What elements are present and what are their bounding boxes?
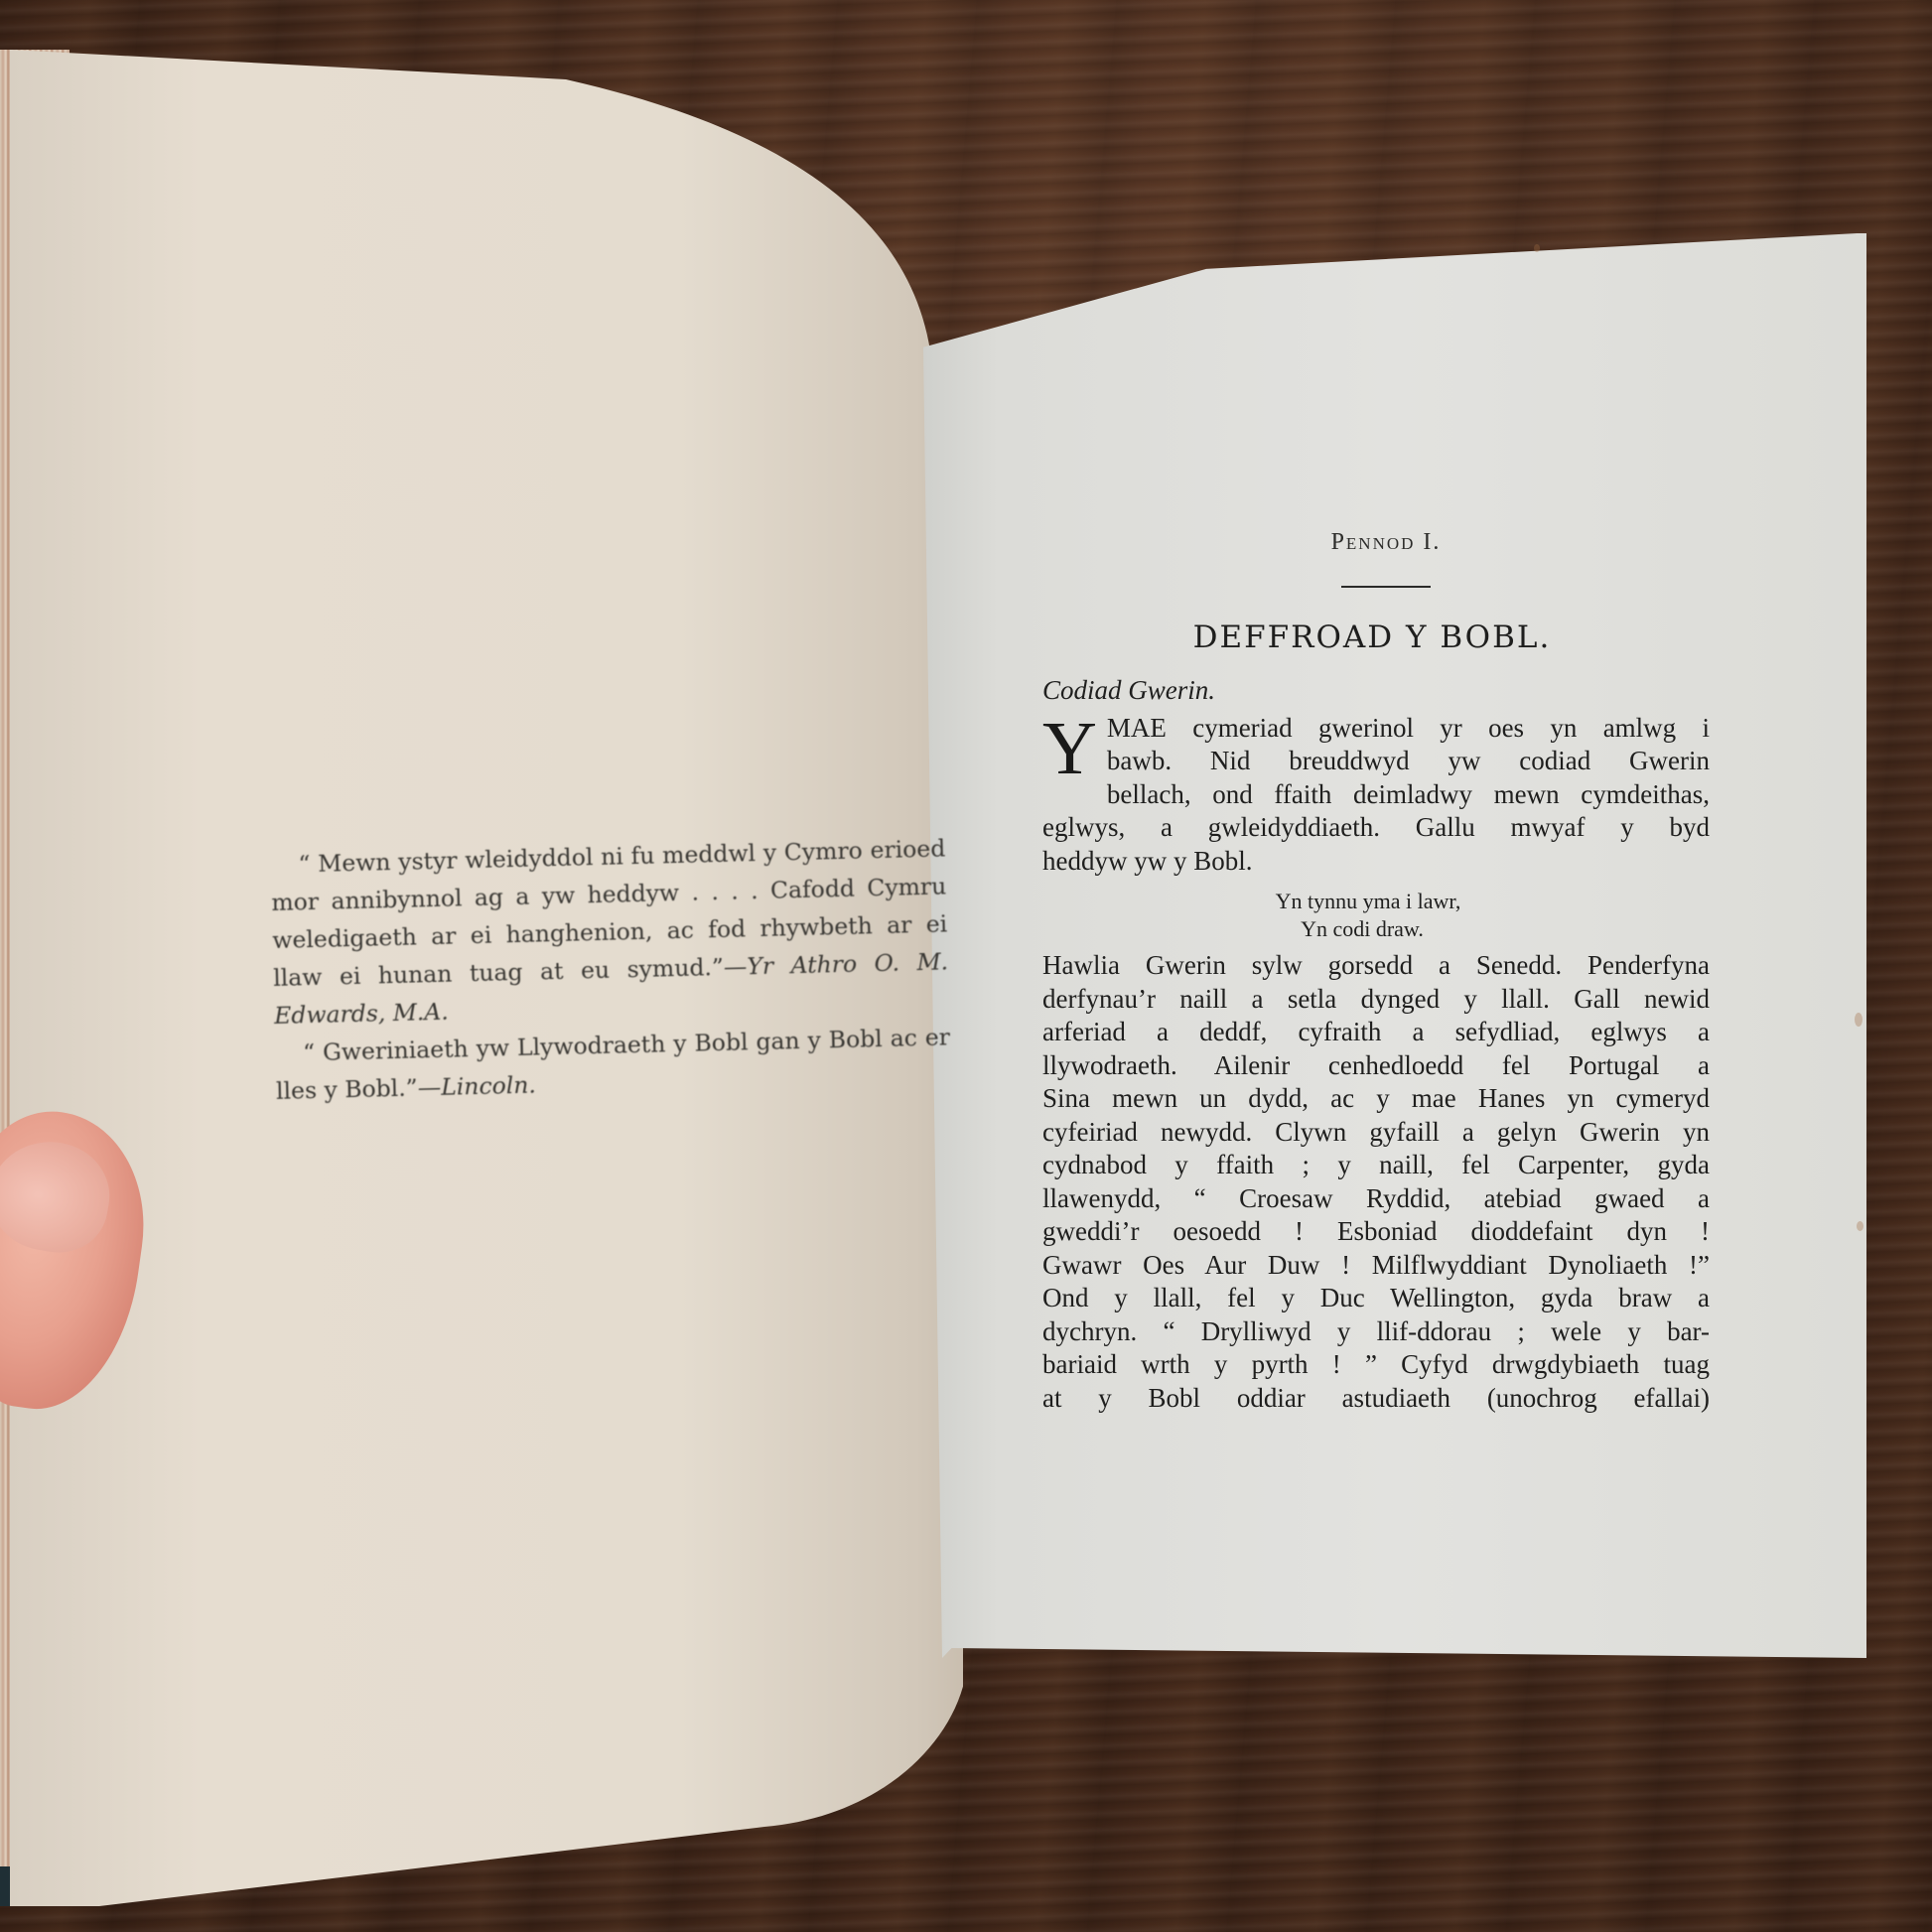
text-line: bellach, ond ffaith deimladwy mewn cymde… — [1042, 778, 1710, 812]
chapter-divider-rule — [1341, 586, 1431, 588]
text-line: MAE cymeriad gwerinol yr oes yn amlwg i — [1042, 712, 1710, 746]
foxing-spot — [1855, 1013, 1863, 1027]
foxing-spot — [1857, 1221, 1863, 1231]
chapter-title: DEFFROAD Y BOBL. — [1038, 621, 1706, 655]
text-line: derfynau’r naill a setla dynged y llall.… — [1042, 983, 1710, 1017]
text-line: llawenydd, “ Croesaw Ryddid, atebiad gwa… — [1042, 1182, 1710, 1216]
right-page-content: Pennod I. DEFFROAD Y BOBL. Codiad Gwerin… — [1042, 526, 1710, 1415]
chapter-label: Pennod I. — [1062, 526, 1710, 560]
text-line: Ond y llall, fel y Duc Wellington, gyda … — [1042, 1282, 1710, 1315]
text-line: arferiad a deddf, cyfraith a sefydliad, … — [1042, 1016, 1710, 1049]
epigraph-2-quote: “ Gweriniaeth yw Llywodraeth y Bobl gan … — [276, 1023, 951, 1105]
text-line: Sina mewn un dydd, ac y mae Hanes yn cym… — [1042, 1082, 1710, 1116]
foxing-spot — [1534, 244, 1540, 252]
text-line: eglwys, a gwleidyddiaeth. Gallu mwyaf y … — [1042, 811, 1710, 845]
text-line: gweddi’r oesoedd ! Esboniad dioddefaint … — [1042, 1215, 1710, 1249]
text-line: bawb. Nid breuddwyd yw codiad Gwerin — [1042, 745, 1710, 778]
verse-line-2: Yn codi draw. — [1029, 915, 1696, 943]
epigraph-2-attribution: —Lincoln. — [417, 1071, 536, 1102]
verse-couplet: Yn tynnu yma i lawr, Yn codi draw. — [1042, 888, 1710, 943]
epigraph-1: “ Mewn ystyr wleidyddol ni fu meddwl y C… — [270, 829, 949, 1035]
section-heading: Codiad Gwerin. — [1042, 674, 1710, 708]
text-line: Hawlia Gwerin sylw gorsedd a Senedd. Pen… — [1042, 949, 1710, 983]
paragraph-2: Hawlia Gwerin sylw gorsedd a Senedd. Pen… — [1042, 949, 1710, 1415]
text-line: bariaid wrth y pyrth ! ” Cyfyd drwgdybia… — [1042, 1348, 1710, 1382]
text-line: cyfeiriad newydd. Clywn gyfaill a gelyn … — [1042, 1116, 1710, 1150]
text-line: llywodraeth. Ailenir cenhedloedd fel Por… — [1042, 1049, 1710, 1083]
text-line: at y Bobl oddiar astudiaeth (unochrog ef… — [1042, 1382, 1710, 1416]
text-line: heddyw yw y Bobl. — [1042, 845, 1710, 879]
text-line: cydnabod y ffaith ; y naill, fel Carpent… — [1042, 1149, 1710, 1182]
paragraph-1: Y MAE cymeriad gwerinol yr oes yn amlwg … — [1042, 712, 1710, 879]
drop-cap: Y — [1042, 718, 1097, 779]
text-line: dychryn. “ Drylliwyd y llif-ddorau ; wel… — [1042, 1315, 1710, 1349]
text-line: Gwawr Oes Aur Duw ! Milflwyddiant Dynoli… — [1042, 1249, 1710, 1283]
left-page-epigraphs: “ Mewn ystyr wleidyddol ni fu meddwl y C… — [270, 829, 951, 1110]
verse-line-1: Yn tynnu yma i lawr, — [1035, 888, 1702, 915]
